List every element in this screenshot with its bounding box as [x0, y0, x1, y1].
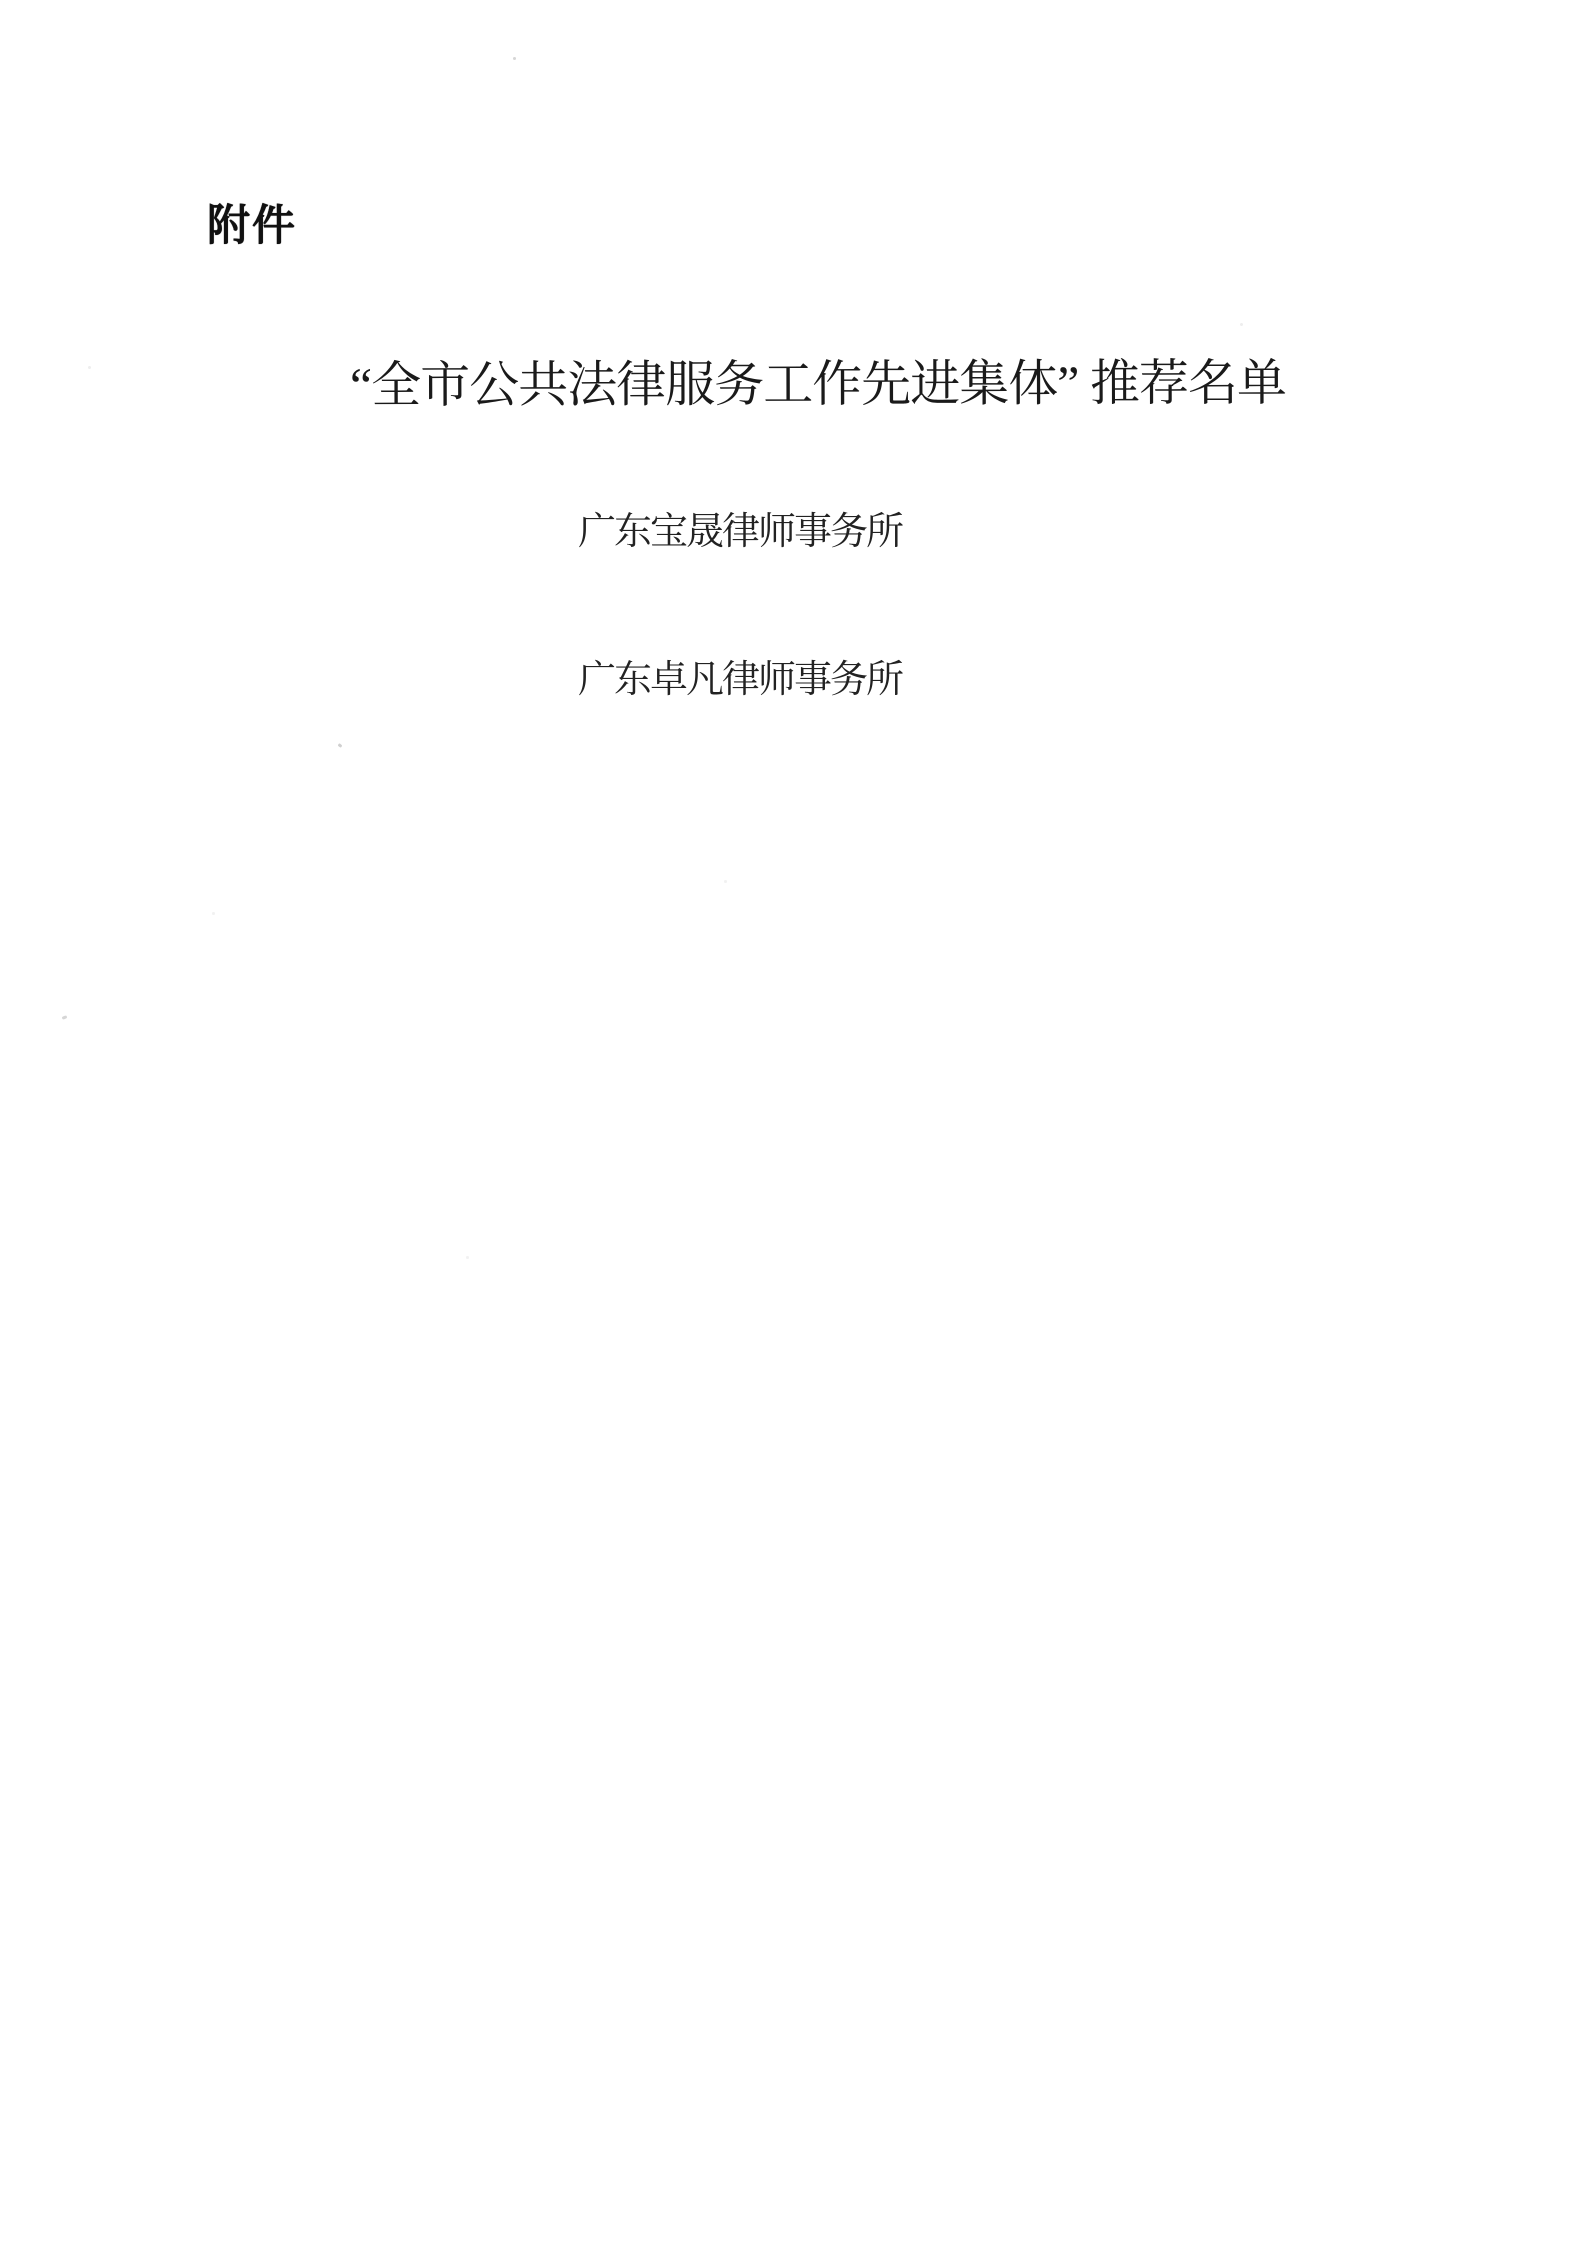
scan-speck	[724, 880, 727, 883]
scanned-document-page: 附件 “全市公共法律服务工作先进集体” 推荐名单 广东宝晟律师事务所 广东卓凡律…	[0, 0, 1586, 2245]
recommended-entity-2: 广东卓凡律师事务所	[578, 648, 902, 703]
scan-speck	[62, 1015, 68, 1020]
recommended-entity-1: 广东宝晟律师事务所	[578, 500, 902, 555]
scan-speck	[513, 57, 516, 60]
scan-speck	[1240, 323, 1243, 326]
scan-speck	[212, 912, 215, 915]
attachment-label: 附件	[207, 192, 297, 253]
scan-speck	[338, 743, 343, 748]
scan-speck	[88, 366, 91, 369]
document-title: “全市公共法律服务工作先进集体” 推荐名单	[350, 343, 1286, 417]
scan-speck	[466, 1256, 469, 1259]
